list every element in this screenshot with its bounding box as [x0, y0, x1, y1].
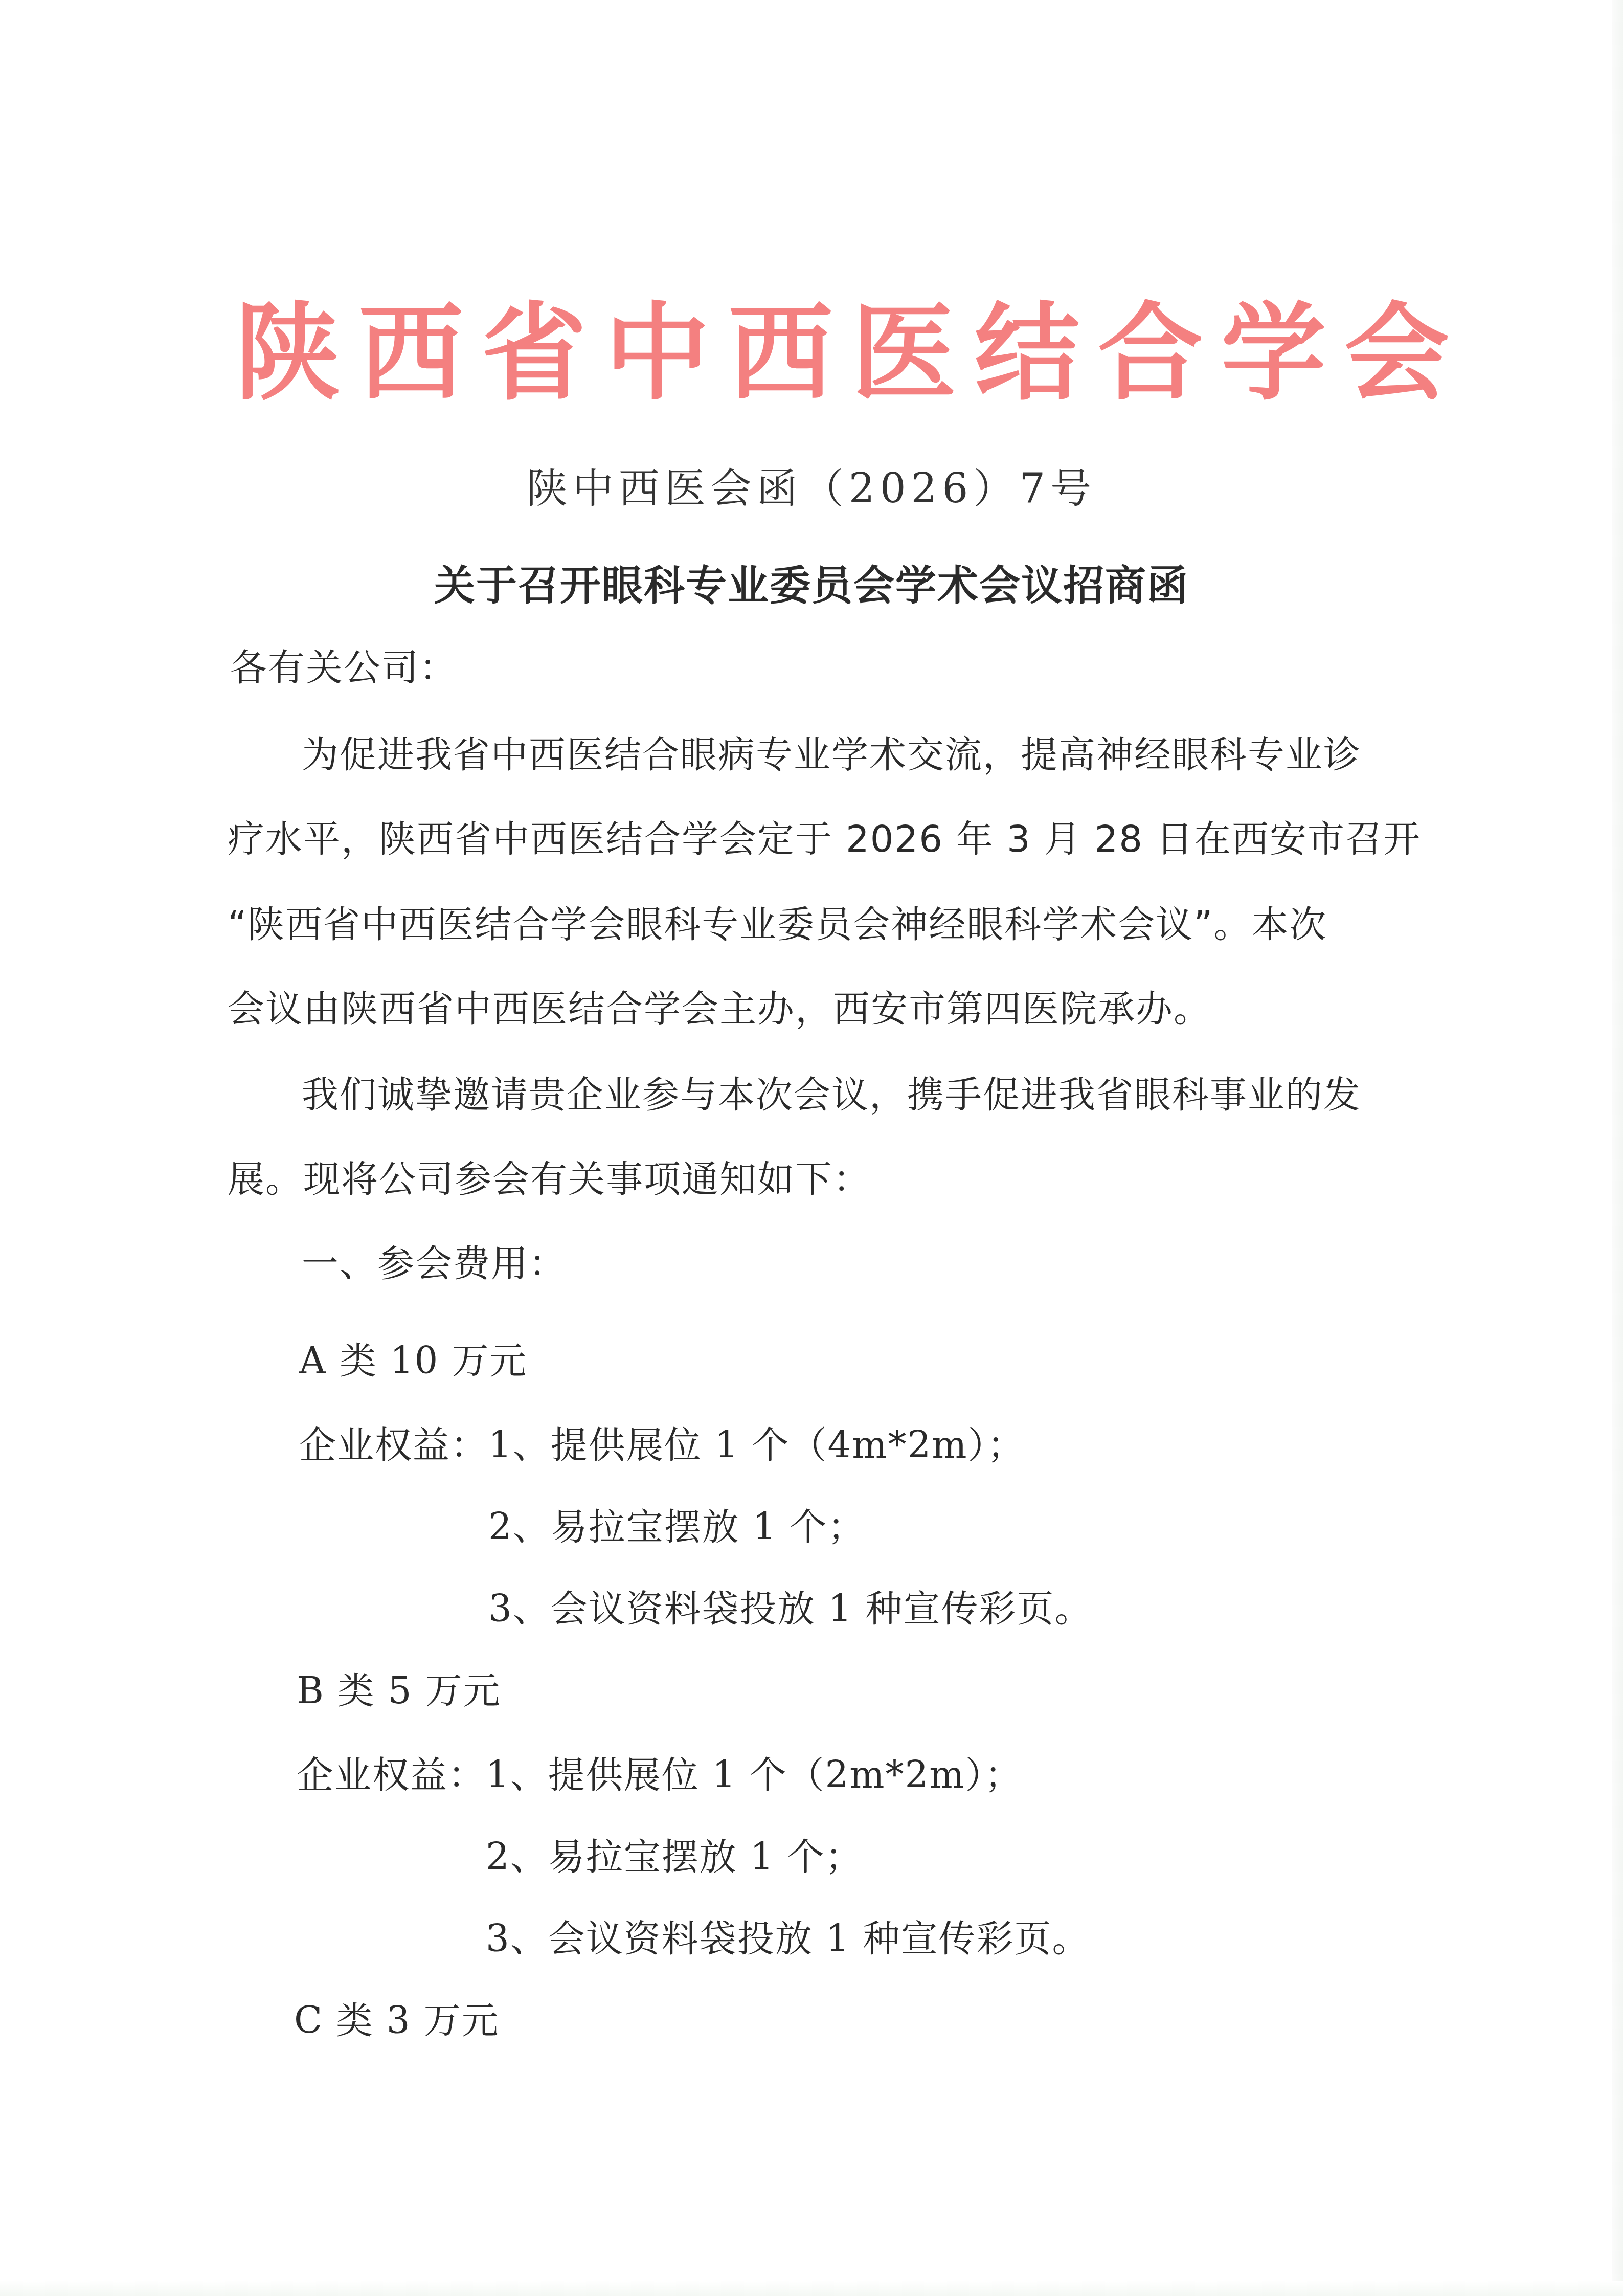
- tier-a-benefit-2: 2、易拉宝摆放 1 个；: [488, 1501, 865, 1552]
- tier-b-benefit-2: 2、易拉宝摆放 1 个；: [486, 1831, 863, 1882]
- tier-b-label: B 类 5 万元: [297, 1665, 501, 1716]
- scan-edge-bottom: [0, 2281, 1623, 2296]
- tier-a-label: A 类 10 万元: [299, 1335, 527, 1386]
- paragraph-1-line-4: 会议由陕西省中西医结合学会主办，西安市第四医院承办。: [228, 983, 1211, 1034]
- paragraph-1-line-2: 疗水平，陕西省中西医结合学会定于 2026 年 3 月 28 日在西安市召开: [228, 813, 1421, 864]
- organization-letterhead: 陕西省中西医结合学会: [235, 286, 1401, 419]
- paragraph-1-line-3: “陕西省中西医结合学会眼科专业委员会神经眼科学术会议”。本次: [228, 899, 1327, 950]
- document-title: 关于召开眼科专业委员会学术会议招商函: [0, 558, 1623, 614]
- paragraph-1-line-1: 为促进我省中西医结合眼病专业学术交流，提高神经眼科专业诊: [302, 729, 1361, 780]
- paragraph-2-line-2: 展。现将公司参会有关事项通知如下：: [228, 1153, 871, 1205]
- tier-b-benefits-label: 企业权益：: [297, 1749, 486, 1800]
- tier-c-label: C 类 3 万元: [294, 1995, 500, 2046]
- document-page: 陕西省中西医结合学会 陕中西医会函（2026）7号 关于召开眼科专业委员会学术会…: [0, 0, 1623, 2296]
- tier-a-benefits-label: 企业权益：: [299, 1419, 488, 1470]
- paragraph-2-line-1: 我们诚挚邀请贵企业参与本次会议，携手促进我省眼科事业的发: [302, 1069, 1361, 1120]
- scan-edge-right: [1612, 0, 1623, 2296]
- section-heading-fees: 一、参会费用：: [302, 1238, 567, 1289]
- tier-b-benefit-3: 3、会议资料袋投放 1 种宣传彩页。: [486, 1913, 1090, 1964]
- tier-a-benefit-3: 3、会议资料袋投放 1 种宣传彩页。: [488, 1583, 1092, 1634]
- document-number: 陕中西医会函（2026）7号: [0, 460, 1623, 517]
- tier-b-benefit-1: 1、提供展位 1 个（2m*2m）；: [486, 1749, 1023, 1800]
- tier-a-benefit-1: 1、提供展位 1 个（4m*2m）；: [488, 1419, 1025, 1470]
- salutation: 各有关公司：: [230, 642, 457, 693]
